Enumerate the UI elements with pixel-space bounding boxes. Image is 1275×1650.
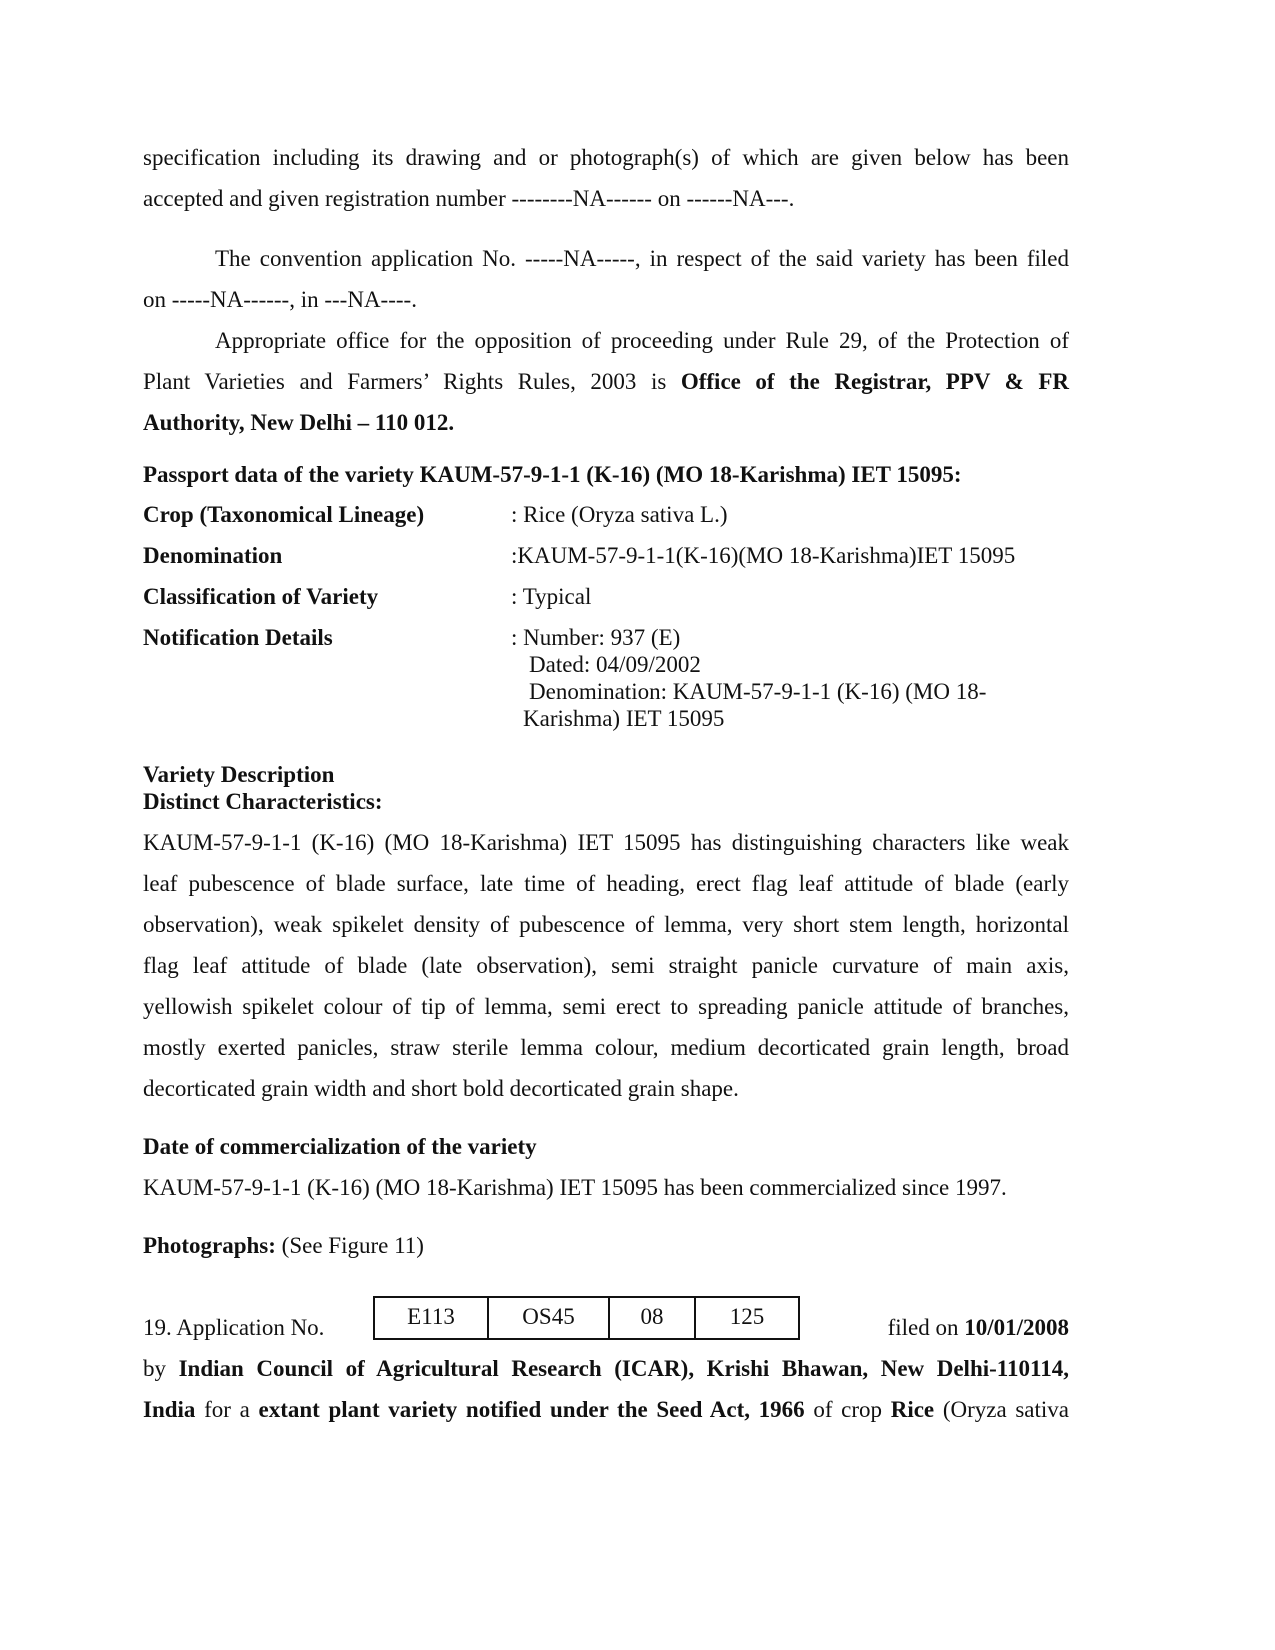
app-no-cell: 125 <box>695 1297 799 1339</box>
convention-line-2: on -----NA------, in ---NA----. <box>143 286 1069 314</box>
filed-date: 10/01/2008 <box>964 1315 1069 1340</box>
opposition-line-3: Authority, New Delhi – 110 012. <box>143 409 1069 437</box>
photographs-line: Photographs: (See Figure 11) <box>143 1232 1069 1260</box>
crop-name: Rice <box>891 1397 934 1422</box>
office-name: Office of the Registrar, PPV & FR <box>681 369 1069 394</box>
filed-label: filed on <box>888 1315 965 1340</box>
notification-denomination: Denomination: KAUM-57-9-1-1 (K-16) (MO 1… <box>529 678 986 706</box>
description-line: flag leaf attitude of blade (late observ… <box>143 952 1069 980</box>
description-line: mostly exerted panicles, straw sterile l… <box>143 1034 1069 1062</box>
application-number-table: E113 OS45 08 125 <box>373 1296 800 1340</box>
opposition-text: Plant Varieties and Farmers’ Rights Rule… <box>143 369 681 394</box>
description-line: leaf pubescence of blade surface, late t… <box>143 870 1069 898</box>
photographs-label: Photographs: <box>143 1233 276 1258</box>
field-label: Classification of Variety <box>143 583 378 611</box>
by-text: by <box>143 1356 179 1381</box>
field-label: Denomination <box>143 542 282 570</box>
commercialization-heading: Date of commercialization of the variety <box>143 1133 1069 1161</box>
description-line: observation), weak spikelet density of p… <box>143 911 1069 939</box>
variety-type-line: India for a extant plant variety notifie… <box>143 1396 1069 1424</box>
variety-type: extant plant variety notified under the … <box>258 1397 804 1422</box>
country: India <box>143 1397 195 1422</box>
opposition-line-2: Plant Varieties and Farmers’ Rights Rule… <box>143 368 1069 396</box>
app-no-cell: OS45 <box>488 1297 609 1339</box>
photographs-reference: (See Figure 11) <box>276 1233 424 1258</box>
field-label: Notification Details <box>143 624 333 652</box>
description-line: decorticated grain width and short bold … <box>143 1075 1069 1103</box>
notification-date: Dated: 04/09/2002 <box>529 651 701 679</box>
applicant-line: by Indian Council of Agricultural Resear… <box>143 1355 1069 1383</box>
passport-heading: Passport data of the variety KAUM-57-9-1… <box>143 461 1069 489</box>
commercialization-text: KAUM-57-9-1-1 (K-16) (MO 18-Karishma) IE… <box>143 1174 1069 1202</box>
field-value: :KAUM-57-9-1-1(K-16)(MO 18-Karishma)IET … <box>511 542 1015 570</box>
field-value: : Typical <box>511 583 591 611</box>
app-no-cell: E113 <box>374 1297 488 1339</box>
opposition-line-1: Appropriate office for the opposition of… <box>143 327 1069 355</box>
text: (Oryza sativa <box>934 1397 1069 1422</box>
intro-line-1: specification including its drawing and … <box>143 144 1069 172</box>
applicant-name: Indian Council of Agricultural Research … <box>179 1356 1069 1381</box>
description-line: KAUM-57-9-1-1 (K-16) (MO 18-Karishma) IE… <box>143 829 1069 857</box>
app-no-cell: 08 <box>609 1297 695 1339</box>
text: of crop <box>805 1397 891 1422</box>
text: for a <box>195 1397 258 1422</box>
distinct-characteristics-heading: Distinct Characteristics: <box>143 788 1069 816</box>
notification-denomination-cont: Karishma) IET 15095 <box>523 705 724 733</box>
convention-line-1: The convention application No. -----NA--… <box>143 245 1069 273</box>
intro-line-2: accepted and given registration number -… <box>143 185 1069 213</box>
description-heading: Variety Description <box>143 761 1069 789</box>
field-value: : Rice (Oryza sativa L.) <box>511 501 728 529</box>
description-line: yellowish spikelet colour of tip of lemm… <box>143 993 1069 1021</box>
field-label: Crop (Taxonomical Lineage) <box>143 501 424 529</box>
field-value: : Number: 937 (E) <box>511 624 680 652</box>
